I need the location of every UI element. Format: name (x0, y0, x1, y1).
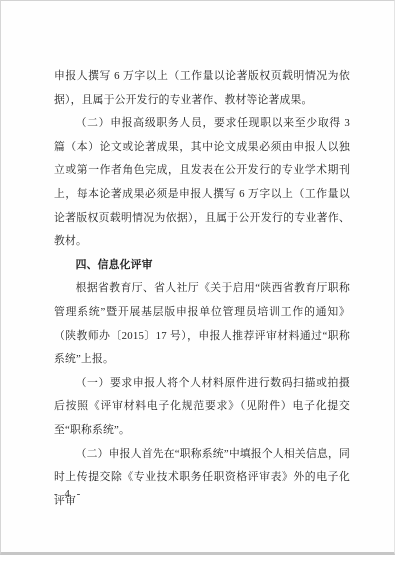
paragraph-item-two-senior: （二）申报高级职务人员，要求任现职以来至少取得 3 篇（本）论文或论著成果，其中… (54, 112, 350, 254)
paragraph-continuation: 申报人撰写 6 万字以上（工作量以论著版权页载明情况为依据），且属于公开发行的专… (54, 65, 350, 112)
document-page: 申报人撰写 6 万字以上（工作量以论著版权页载明情况为依据），且属于公开发行的专… (0, 0, 395, 555)
paragraph-info-item-one: （一）要求申报人将个人材料原件进行数码扫描或拍摄后按照《评审材料电子化规范要求》… (54, 372, 350, 443)
paragraph-info-item-two: （二）申报人首先在“职称系统”中填报个人相关信息，同时上传提交除《专业技术职务任… (54, 443, 350, 514)
page-number: - 4 - (54, 488, 82, 500)
paragraph-info-basis: 根据省教育厅、省人社厅《关于启用“陕西省教育厅职称管理系统”暨开展基层版申报单位… (54, 277, 350, 371)
document-body: 申报人撰写 6 万字以上（工作量以论著版权页载明情况为依据），且属于公开发行的专… (54, 65, 350, 513)
section-heading: 四、信息化评审 (54, 254, 350, 278)
